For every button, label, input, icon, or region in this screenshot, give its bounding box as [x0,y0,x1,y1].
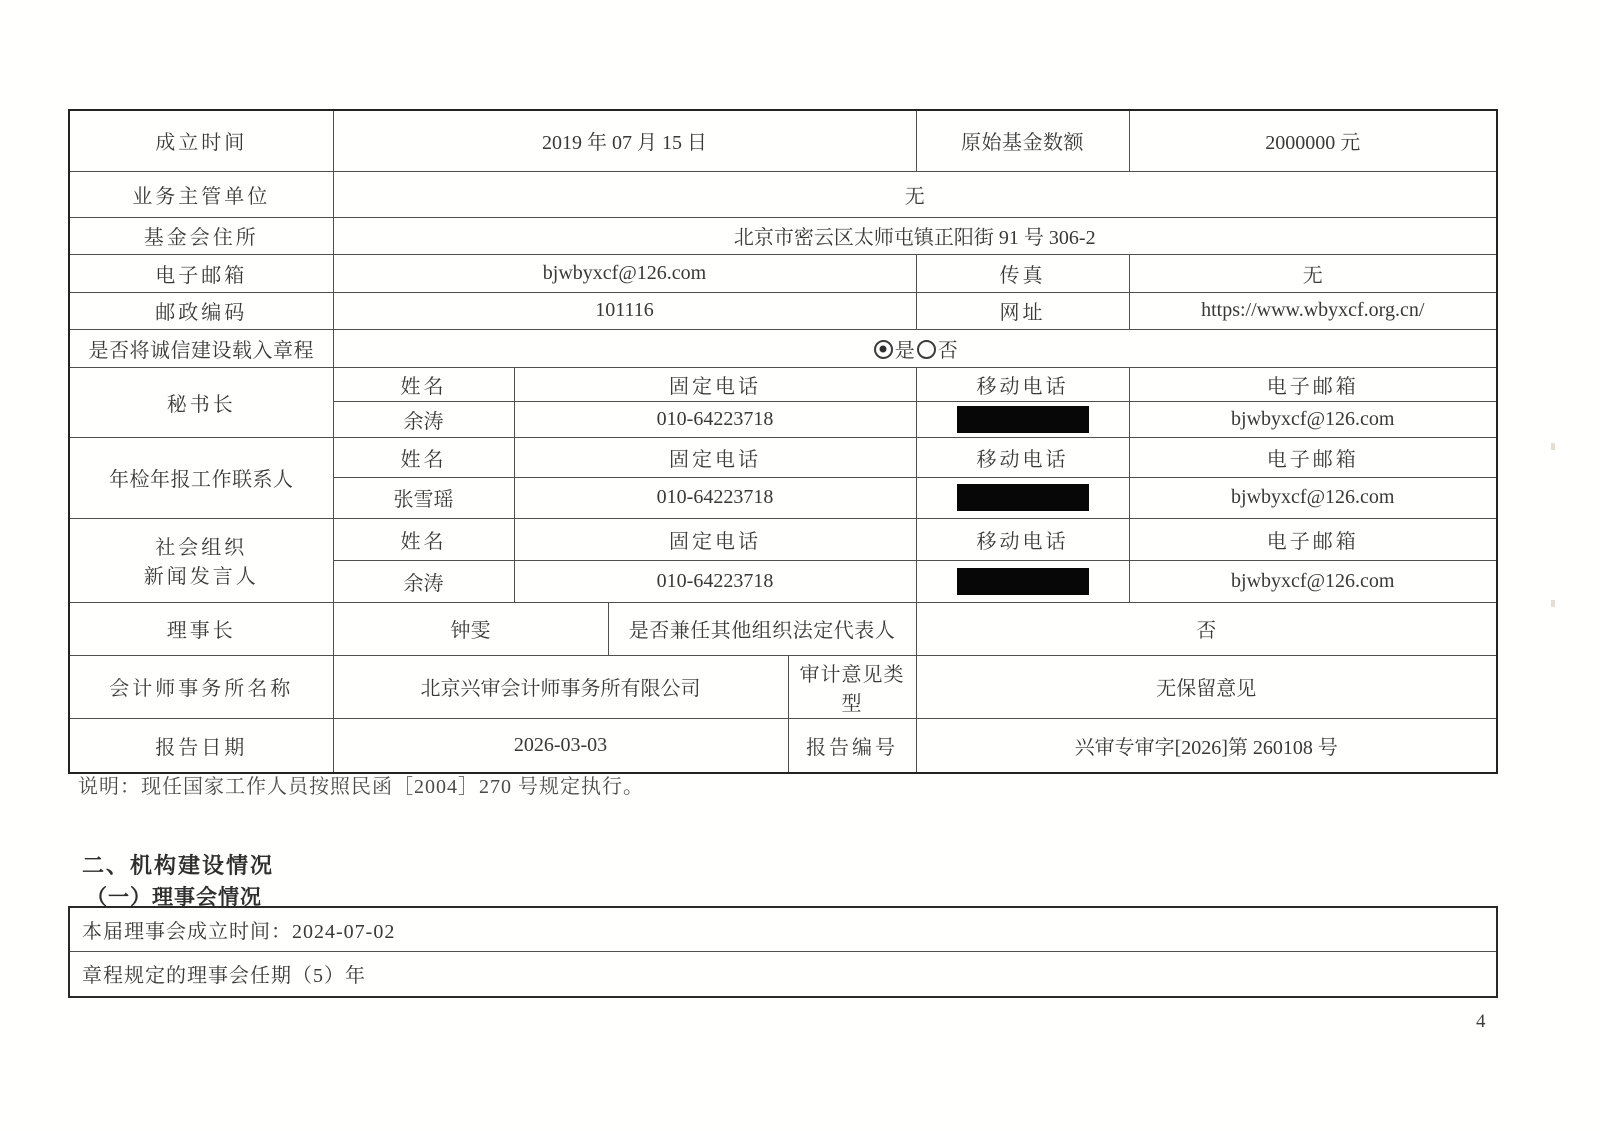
email-value: bjwbyxcf@126.com [333,254,916,292]
original-fund-label: 原始基金数额 [916,110,1129,171]
address-value: 北京市密云区太师屯镇正阳街 91 号 306-2 [333,217,1497,254]
secretary-mobile [916,401,1129,437]
spokesperson-email: bjwbyxcf@126.com [1129,560,1497,602]
spokesperson-role-label: 社会组织 新闻发言人 [69,518,333,602]
name-column-header: 姓名 [333,437,514,477]
table-row: 本届理事会成立时间：2024-07-02 [69,907,1497,951]
integrity-no-label: 否 [938,340,958,362]
table-row: 邮政编码 101116 网址 https://www.wbyxcf.org.cn… [69,292,1497,329]
document-page: 成立时间 2019 年 07 月 15 日 原始基金数额 2000000 元 业… [0,0,1600,1131]
name-column-header: 姓名 [333,367,514,401]
email-label: 电子邮箱 [69,254,333,292]
concurrent-label: 是否兼任其他组织法定代表人 [608,602,916,655]
concurrent-value: 否 [916,602,1497,655]
established-label: 成立时间 [69,110,333,171]
mobile-column-header: 移动电话 [916,518,1129,560]
redacted-mobile-number [957,484,1089,511]
table-row: 基金会住所 北京市密云区太师屯镇正阳街 91 号 306-2 [69,217,1497,254]
annual-contact-name: 张雪瑶 [333,477,514,518]
scan-speck [1551,443,1555,450]
fax-value: 无 [1129,254,1497,292]
foundation-info-table: 成立时间 2019 年 07 月 15 日 原始基金数额 2000000 元 业… [68,109,1498,774]
chairman-name: 钟雯 [333,602,608,655]
secretary-landline: 010-64223718 [514,401,916,437]
table-row: 电子邮箱 bjwbyxcf@126.com 传真 无 [69,254,1497,292]
scan-speck [1551,600,1555,607]
radio-unselected-icon [917,340,936,359]
board-info-table: 本届理事会成立时间：2024-07-02 章程规定的理事会任期（5）年 [68,906,1498,998]
spokesperson-name: 余涛 [333,560,514,602]
table-row: 年检年报工作联系人 姓名 固定电话 移动电话 电子邮箱 [69,437,1497,477]
supervisor-value: 无 [333,171,1497,217]
postcode-value: 101116 [333,292,916,329]
annual-contact-email: bjwbyxcf@126.com [1129,477,1497,518]
email-column-header: 电子邮箱 [1129,367,1497,401]
chairman-label: 理事长 [69,602,333,655]
table-row: 章程规定的理事会任期（5）年 [69,951,1497,997]
spokesperson-role-line2: 新闻发言人 [76,560,327,589]
radio-selected-icon [874,340,893,359]
integrity-yes-label: 是 [895,340,915,362]
spokesperson-role-line1: 社会组织 [76,531,327,560]
established-value: 2019 年 07 月 15 日 [333,110,916,171]
redacted-mobile-number [957,568,1089,595]
report-date-value: 2026-03-03 [333,718,788,773]
board-term-row: 章程规定的理事会任期（5）年 [69,951,1497,997]
original-fund-value: 2000000 元 [1129,110,1497,171]
secretary-role-label: 秘书长 [69,367,333,437]
table-row: 理事长 钟雯 是否兼任其他组织法定代表人 否 [69,602,1497,655]
landline-column-header: 固定电话 [514,367,916,401]
table-row: 报告日期 2026-03-03 报告编号 兴审专审字[2026]第 260108… [69,718,1497,773]
report-date-label: 报告日期 [69,718,333,773]
table-row: 秘书长 姓名 固定电话 移动电话 电子邮箱 [69,367,1497,401]
audit-opinion-value: 无保留意见 [916,655,1497,718]
annual-contact-landline: 010-64223718 [514,477,916,518]
table-row: 是否将诚信建设载入章程 是否 [69,329,1497,367]
spokesperson-landline: 010-64223718 [514,560,916,602]
table-row: 业务主管单位 无 [69,171,1497,217]
email-column-header: 电子邮箱 [1129,437,1497,477]
email-column-header: 电子邮箱 [1129,518,1497,560]
mobile-column-header: 移动电话 [916,367,1129,401]
secretary-name: 余涛 [333,401,514,437]
spokesperson-mobile [916,560,1129,602]
name-column-header: 姓名 [333,518,514,560]
audit-firm-value: 北京兴审会计师事务所有限公司 [333,655,788,718]
audit-firm-label: 会计师事务所名称 [69,655,333,718]
page-number: 4 [1476,1011,1486,1033]
report-no-label: 报告编号 [788,718,916,773]
mobile-column-header: 移动电话 [916,437,1129,477]
annual-contact-mobile [916,477,1129,518]
annual-contact-role-label: 年检年报工作联系人 [69,437,333,518]
secretary-email: bjwbyxcf@126.com [1129,401,1497,437]
website-label: 网址 [916,292,1129,329]
landline-column-header: 固定电话 [514,437,916,477]
section-heading: 二、机构建设情况 [82,849,274,880]
fax-label: 传真 [916,254,1129,292]
report-no-value: 兴审专审字[2026]第 260108 号 [916,718,1497,773]
table-row: 成立时间 2019 年 07 月 15 日 原始基金数额 2000000 元 [69,110,1497,171]
website-value: https://www.wbyxcf.org.cn/ [1129,292,1497,329]
landline-column-header: 固定电话 [514,518,916,560]
integrity-value: 是否 [333,329,1497,367]
redacted-mobile-number [957,406,1089,433]
footnote: 说明：现任国家工作人员按照民函［2004］270 号规定执行。 [78,770,644,799]
address-label: 基金会住所 [69,217,333,254]
table-row: 社会组织 新闻发言人 姓名 固定电话 移动电话 电子邮箱 [69,518,1497,560]
integrity-label: 是否将诚信建设载入章程 [69,329,333,367]
supervisor-label: 业务主管单位 [69,171,333,217]
postcode-label: 邮政编码 [69,292,333,329]
table-row: 会计师事务所名称 北京兴审会计师事务所有限公司 审计意见类型 无保留意见 [69,655,1497,718]
audit-opinion-label: 审计意见类型 [788,655,916,718]
board-established-row: 本届理事会成立时间：2024-07-02 [69,907,1497,951]
